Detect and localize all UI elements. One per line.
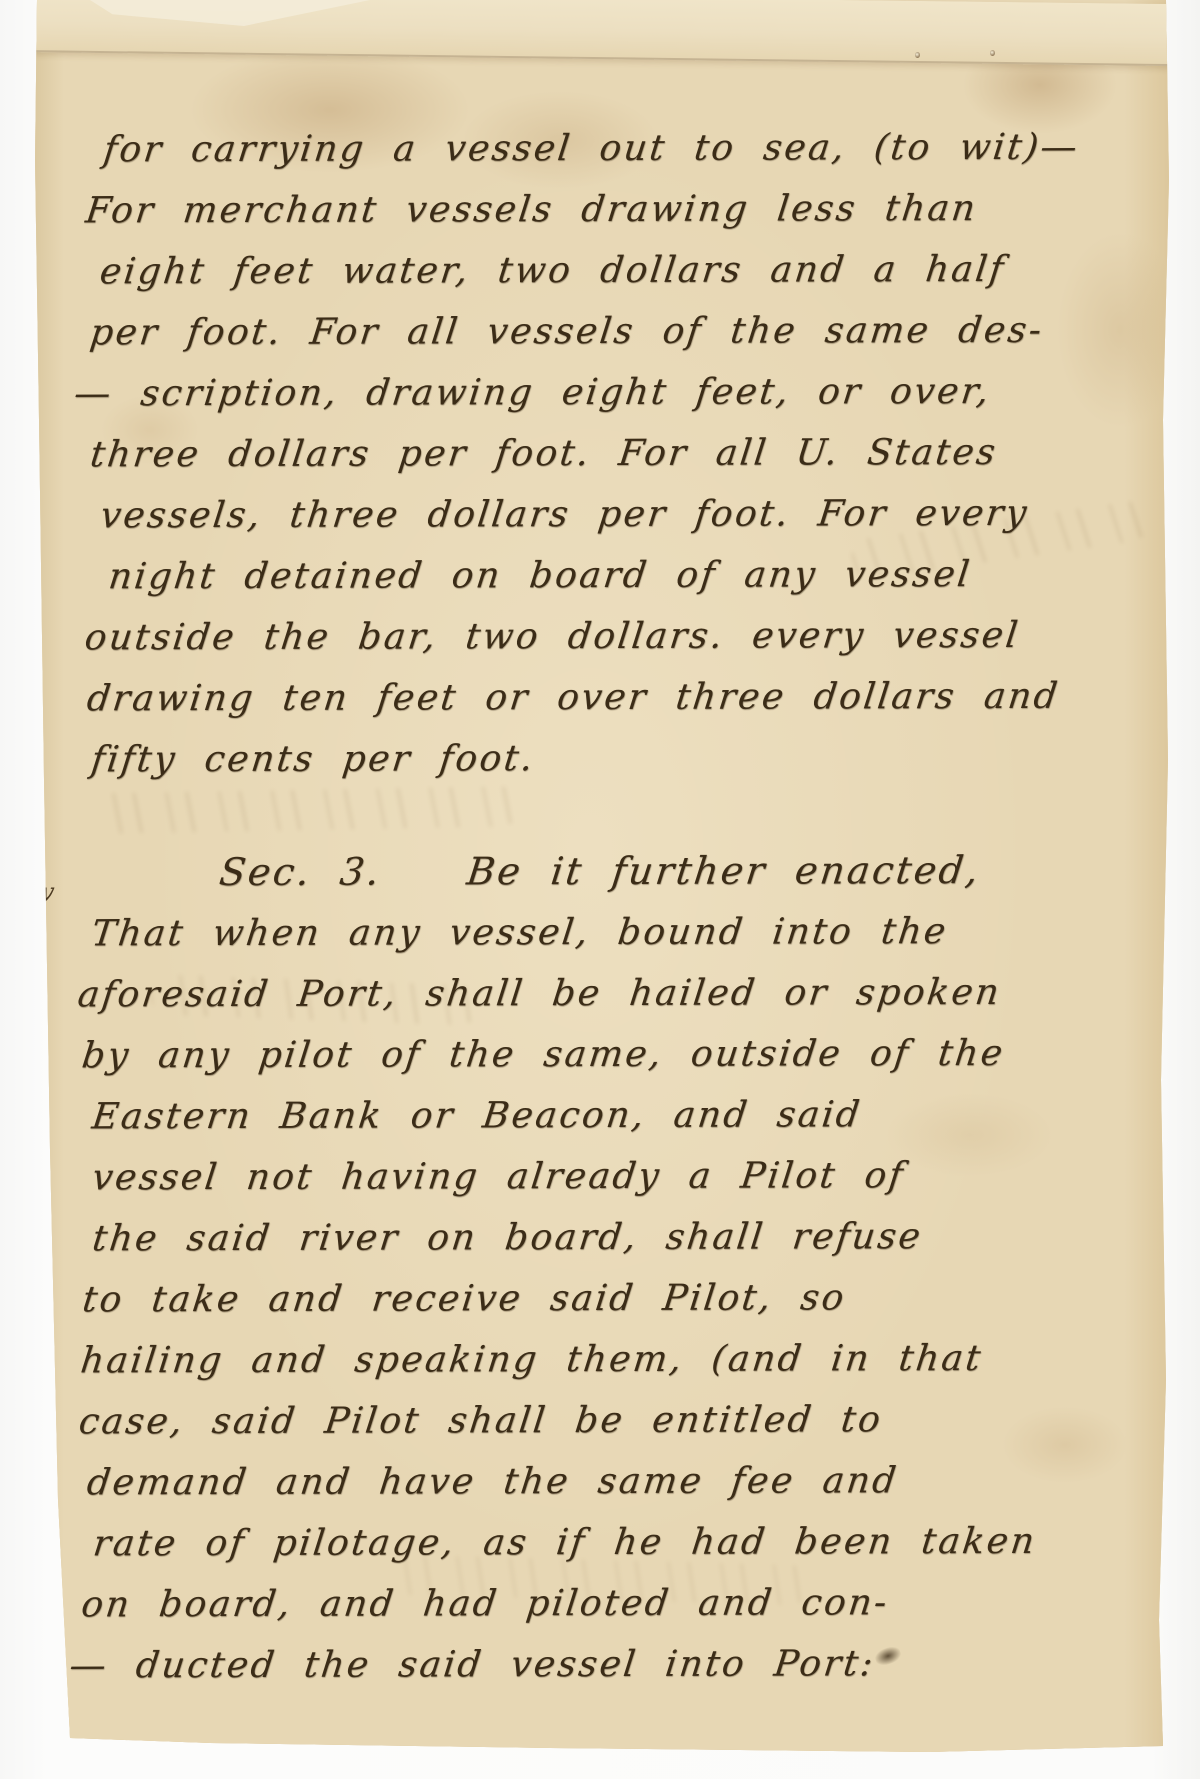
text-line: three dollars per foot. For all U. State…	[87, 422, 1134, 486]
text-line: eight feet water, two dollars and a half	[96, 239, 1133, 303]
text-line: case, said Pilot shall be entitled to	[75, 1389, 1136, 1453]
text-line: hailing and speaking them, (and in that	[77, 1328, 1136, 1392]
text-line: night detained on board of any vessel	[105, 544, 1134, 608]
text-line: Eastern Bank or Beacon, and said	[89, 1084, 1136, 1148]
text-line: — scription, drawing eight feet, or over…	[71, 361, 1134, 425]
text-line: aforesaid Port, shall be hailed or spoke…	[74, 962, 1135, 1026]
scan-background: w for carrying a vessel out to sea, (to …	[0, 0, 1200, 1779]
text-line: — ducted the said vessel into Port:	[66, 1633, 1137, 1697]
paragraph: Sec. 3. Be it further enacted,That when …	[88, 840, 1130, 1697]
text-line: For merchant vessels drawing less than	[82, 178, 1133, 242]
text-line: by any pilot of the same, outside of the	[78, 1023, 1135, 1087]
text-line: Sec. 3. Be it further enacted,	[88, 840, 1135, 904]
text-line: vessel not having already a Pilot of	[89, 1145, 1136, 1209]
text-line: to take and receive said Pilot, so	[79, 1267, 1136, 1331]
text-line: per foot. For all vessels of the same de…	[87, 300, 1134, 364]
pinhole	[915, 52, 920, 58]
text-line: outside the bar, two dollars. every vess…	[81, 605, 1134, 669]
text-line: demand and have the same fee and	[84, 1450, 1137, 1514]
text-line: fifty cents per foot.	[88, 727, 1135, 791]
text-line: on board, and had piloted and con-	[78, 1572, 1137, 1636]
text-line: drawing ten feet or over three dollars a…	[84, 666, 1135, 730]
text-line: the said river on board, shall refuse	[89, 1206, 1136, 1270]
text-line: rate of pilotage, as if he had been take…	[90, 1511, 1137, 1575]
text-line: That when any vessel, bound into the	[88, 901, 1135, 965]
paragraph: for carrying a vessel out to sea, (to wi…	[86, 117, 1128, 791]
handwritten-text: for carrying a vessel out to sea, (to wi…	[86, 117, 1130, 1697]
text-line: vessels, three dollars per foot. For eve…	[97, 483, 1134, 547]
manuscript-paper: w for carrying a vessel out to sea, (to …	[30, 0, 1170, 1756]
edge-ink-mark: w	[30, 878, 56, 908]
pinhole	[990, 50, 995, 56]
text-line: for carrying a vessel out to sea, (to wi…	[100, 117, 1133, 181]
